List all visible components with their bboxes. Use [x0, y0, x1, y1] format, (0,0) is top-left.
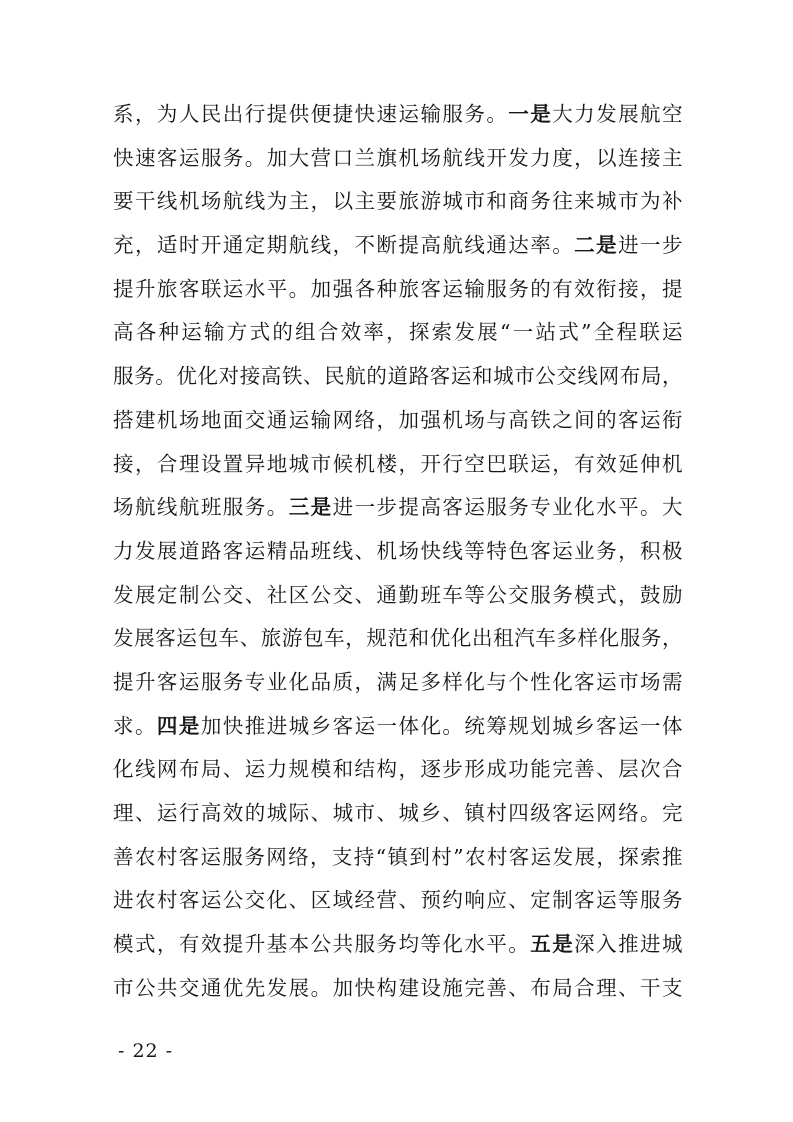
text-line: 提升旅客联运水平。加强各种旅客运输服务的有效衔接，提	[113, 268, 683, 312]
text-segment: 提升旅客联运水平。加强各种旅客运输服务的有效衔接，提	[113, 277, 683, 301]
text-line: 进农村客运公交化、区域经营、预约响应、定制客运等服务	[113, 879, 683, 923]
text-segment: 求。	[113, 714, 157, 738]
text-line: 快速客运服务。加大营口兰旗机场航线开发力度，以连接主	[113, 137, 683, 181]
text-line: 搭建机场地面交通运输网络，加强机场与高铁之间的客运衔	[113, 399, 683, 443]
text-segment: 进一步	[618, 233, 683, 257]
text-line: 服务。优化对接高铁、民航的道路客运和城市公交线网布局，	[113, 355, 683, 399]
text-segment: 发展客运包车、旅游包车，规范和优化出租汽车多样化服务，	[113, 626, 683, 650]
text-segment: 系，为人民出行提供便捷快速运输服务。	[113, 102, 508, 126]
bold-emphasis: 四是	[157, 714, 201, 738]
text-segment: 提升客运服务专业化品质，满足多样化与个性化客运市场需	[113, 670, 683, 694]
text-line: 发展定制公交、社区公交、通勤班车等公交服务模式，鼓励	[113, 574, 683, 618]
text-segment: 充，适时开通定期航线，不断提高航线通达率。	[113, 233, 574, 257]
bold-emphasis: 五是	[530, 932, 574, 956]
text-line: 模式，有效提升基本公共服务均等化水平。五是深入推进城	[113, 923, 683, 967]
text-segment: 加快推进城乡客运一体化。统筹规划城乡客运一体	[201, 714, 683, 738]
text-line: 发展客运包车、旅游包车，规范和优化出租汽车多样化服务，	[113, 617, 683, 661]
text-line: 高各种运输方式的组合效率，探索发展“一站式”全程联运	[113, 311, 683, 355]
bold-emphasis: 二是	[574, 233, 618, 257]
text-segment: 深入推进城	[574, 932, 683, 956]
text-segment: 接，合理设置异地城市候机楼，开行空巴联运，有效延伸机	[113, 452, 683, 476]
text-segment: 力发展道路客运精品班线、机场快线等特色客运业务，积极	[113, 539, 683, 563]
text-line: 场航线航班服务。三是进一步提高客运服务专业化水平。大	[113, 486, 683, 530]
text-segment: 大力发展航空	[552, 102, 683, 126]
text-line: 要干线机场航线为主，以主要旅游城市和商务往来城市为补	[113, 180, 683, 224]
text-line: 提升客运服务专业化品质，满足多样化与个性化客运市场需	[113, 661, 683, 705]
text-segment: 善农村客运服务网络，支持“镇到村”农村客运发展，探索推	[113, 845, 683, 869]
text-segment: 进一步提高客运服务专业化水平。大	[333, 495, 683, 519]
text-line: 充，适时开通定期航线，不断提高航线通达率。二是进一步	[113, 224, 683, 268]
bold-emphasis: 三是	[289, 495, 333, 519]
text-segment: 场航线航班服务。	[113, 495, 289, 519]
text-segment: 服务。优化对接高铁、民航的道路客运和城市公交线网布局，	[113, 364, 683, 388]
bold-emphasis: 一是	[508, 102, 552, 126]
text-line: 力发展道路客运精品班线、机场快线等特色客运业务，积极	[113, 530, 683, 574]
document-page: 系，为人民出行提供便捷快速运输服务。一是大力发展航空快速客运服务。加大营口兰旗机…	[0, 0, 793, 1122]
text-line: 善农村客运服务网络，支持“镇到村”农村客运发展，探索推	[113, 836, 683, 880]
text-segment: 快速客运服务。加大营口兰旗机场航线开发力度，以连接主	[113, 146, 683, 170]
text-line: 市公共交通优先发展。加快构建设施完善、布局合理、干支	[113, 967, 683, 1011]
text-segment: 化线网布局、运力规模和结构，逐步形成功能完善、层次合	[113, 757, 683, 781]
text-segment: 进农村客运公交化、区域经营、预约响应、定制客运等服务	[113, 888, 683, 912]
page-number: - 22 -	[118, 1040, 173, 1062]
text-segment: 高各种运输方式的组合效率，探索发展“一站式”全程联运	[113, 320, 683, 344]
text-line: 求。四是加快推进城乡客运一体化。统筹规划城乡客运一体	[113, 705, 683, 749]
text-line: 理、运行高效的城际、城市、城乡、镇村四级客运网络。完	[113, 792, 683, 836]
document-body: 系，为人民出行提供便捷快速运输服务。一是大力发展航空快速客运服务。加大营口兰旗机…	[113, 93, 683, 1010]
text-segment: 要干线机场航线为主，以主要旅游城市和商务往来城市为补	[113, 189, 683, 213]
text-segment: 理、运行高效的城际、城市、城乡、镇村四级客运网络。完	[113, 801, 683, 825]
text-segment: 模式，有效提升基本公共服务均等化水平。	[113, 932, 530, 956]
text-line: 化线网布局、运力规模和结构，逐步形成功能完善、层次合	[113, 748, 683, 792]
text-segment: 市公共交通优先发展。加快构建设施完善、布局合理、干支	[113, 976, 683, 1000]
text-line: 接，合理设置异地城市候机楼，开行空巴联运，有效延伸机	[113, 443, 683, 487]
text-segment: 搭建机场地面交通运输网络，加强机场与高铁之间的客运衔	[113, 408, 683, 432]
text-segment: 发展定制公交、社区公交、通勤班车等公交服务模式，鼓励	[113, 583, 683, 607]
text-line: 系，为人民出行提供便捷快速运输服务。一是大力发展航空	[113, 93, 683, 137]
